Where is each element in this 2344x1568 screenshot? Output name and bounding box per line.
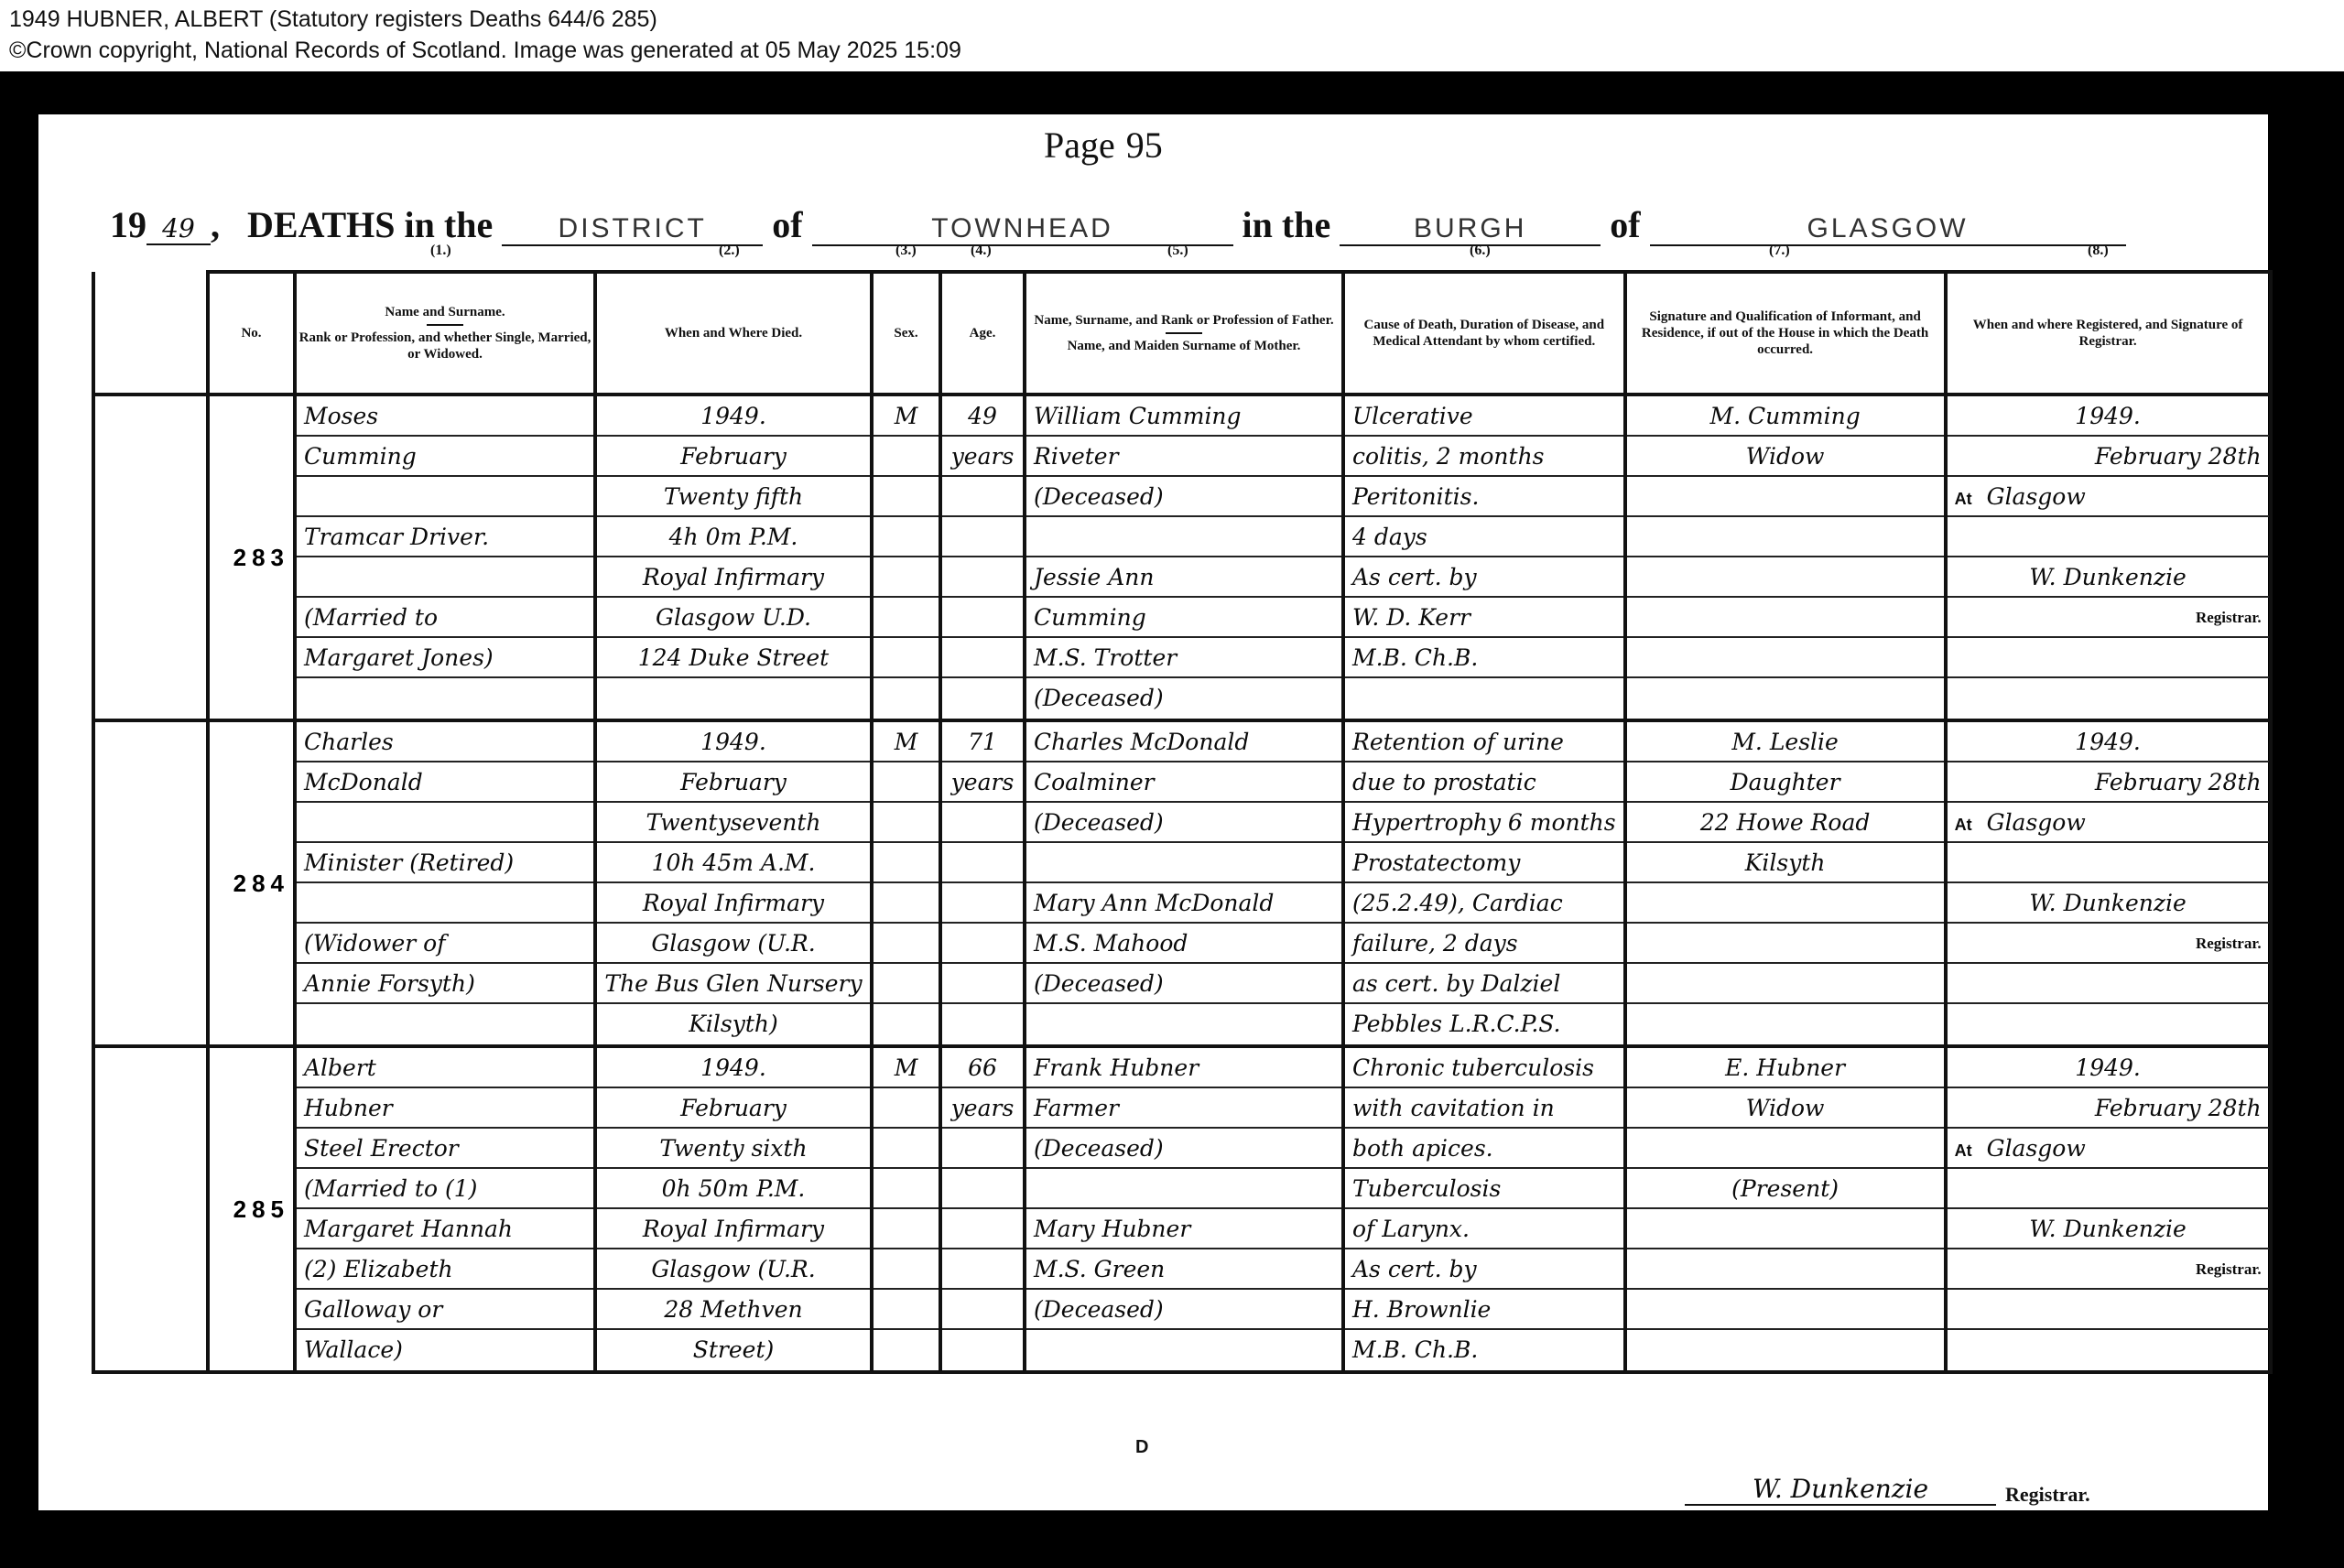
parents-line: Cumming: [1026, 598, 1341, 638]
informant-line: [1627, 678, 1944, 719]
deceased-name-line: [297, 883, 593, 924]
when-where-died-line: The Bus Glen Nursery: [597, 964, 870, 1004]
page-number-value: 95: [1126, 124, 1163, 166]
header-registered: When and where Registered, and Signature…: [1946, 272, 2271, 395]
when-where-died-line: 10h 45m A.M.: [597, 843, 870, 883]
parents-line: [1026, 1004, 1341, 1044]
margin-cell: [93, 395, 208, 720]
scan-border: [0, 114, 38, 1568]
parents-line: M.S. Trotter: [1026, 638, 1341, 678]
cause-of-death-line: due to prostatic: [1345, 762, 1623, 803]
deceased-name: AlbertHubnerSteel Erector(Married to (1)…: [295, 1046, 595, 1372]
registered-place: Glasgow: [1987, 483, 2086, 510]
at-label: At: [1955, 490, 1972, 508]
parents-line: M.S. Green: [1026, 1249, 1341, 1290]
parents: Frank HubnerFarmer(Deceased)Mary HubnerM…: [1025, 1046, 1343, 1372]
when-where-died-line: 4h 0m P.M.: [597, 517, 870, 557]
deceased-name-line: Margaret Jones): [297, 638, 593, 678]
year-suffix: 49: [146, 213, 211, 245]
header-no: No.: [208, 272, 295, 395]
entry-number: 284: [208, 720, 295, 1046]
when-where-died-line: Twenty sixth: [597, 1129, 870, 1169]
registered-date: February 28th: [1948, 437, 2269, 477]
parents-line: Frank Hubner: [1026, 1048, 1341, 1088]
cause-of-death-line: Ulcerative: [1345, 396, 1623, 437]
sex-value: M: [874, 396, 939, 437]
margin-cell: [93, 1046, 208, 1372]
age-cell: 66years: [940, 1046, 1025, 1372]
sex-value: M: [874, 1048, 939, 1088]
when-where-died-line: Glasgow (U.R.: [597, 924, 870, 964]
cause-of-death-line: Peritonitis.: [1345, 477, 1623, 517]
sex-value: M: [874, 722, 939, 762]
cause-of-death-line: both apices.: [1345, 1129, 1623, 1169]
column-numbers: (1.) (2.) (3.) (4.) (5.) (6.) (7.) (8.): [0, 243, 2344, 261]
deceased-name-line: [297, 557, 593, 598]
when-where-died: 1949.FebruaryTwenty sixth0h 50m P.M.Roya…: [595, 1046, 872, 1372]
when-where-died-line: Glasgow (U.R.: [597, 1249, 870, 1290]
column-number: (8.): [2088, 243, 2109, 259]
when-where-died-line: 124 Duke Street: [597, 638, 870, 678]
column-number: (7.): [1769, 243, 1790, 259]
registration-cell: 1949.February 28thAtGlasgowW. DunkenzieR…: [1946, 720, 2271, 1046]
age-unit: years: [942, 437, 1023, 477]
parents-line: (Deceased): [1026, 1290, 1341, 1330]
deceased-name-line: Steel Erector: [297, 1129, 593, 1169]
at-label: At: [1955, 816, 1972, 834]
footer-registrar-label: Registrar.: [2005, 1483, 2090, 1507]
register-entry: 284CharlesMcDonaldMinister (Retired)(Wid…: [93, 720, 2271, 1046]
burgh-name: GLASGOW: [1650, 213, 2126, 246]
registrar-signature: W. Dunkenzie: [1948, 557, 2269, 598]
header-name-bottom: Rank or Profession, and whether Single, …: [299, 330, 591, 362]
cause-of-death-line: of Larynx.: [1345, 1209, 1623, 1249]
parents: Charles McDonaldCoalminer(Deceased)Mary …: [1025, 720, 1343, 1046]
image-caption: 1949 HUBNER, ALBERT (Statutory registers…: [0, 0, 2344, 71]
parents-line: [1026, 843, 1341, 883]
header-row: No. Name and Surname.Rank or Profession,…: [93, 272, 2271, 395]
cause-of-death: Retention of urinedue to prostaticHypert…: [1343, 720, 1625, 1046]
page-label: Page: [1044, 124, 1115, 166]
informant: E. HubnerWidow(Present): [1625, 1046, 1946, 1372]
informant-line: [1627, 883, 1944, 924]
deceased-name-line: Charles: [297, 722, 593, 762]
header-when-where: When and Where Died.: [595, 272, 872, 395]
when-where-died-line: February: [597, 762, 870, 803]
district-name: TOWNHEAD: [812, 213, 1233, 246]
cause-of-death-line: Retention of urine: [1345, 722, 1623, 762]
cause-of-death-line: M.B. Ch.B.: [1345, 638, 1623, 678]
cause-of-death-line: W. D. Kerr: [1345, 598, 1623, 638]
registered-year: 1949.: [1948, 1048, 2269, 1088]
cause-of-death-line: failure, 2 days: [1345, 924, 1623, 964]
parents-line: Mary Hubner: [1026, 1209, 1341, 1249]
page-number: Page95: [1044, 124, 1163, 167]
cause-of-death-line: colitis, 2 months: [1345, 437, 1623, 477]
registration-cell: 1949.February 28thAtGlasgowW. DunkenzieR…: [1946, 395, 2271, 720]
parents-line: Mary Ann McDonald: [1026, 883, 1341, 924]
parents-line: Charles McDonald: [1026, 722, 1341, 762]
parents-line: Coalminer: [1026, 762, 1341, 803]
in-the-label: in the: [1243, 204, 1331, 245]
register-heading: 1949, DEATHS in the DISTRICT of TOWNHEAD…: [110, 203, 2126, 246]
informant-line: M. Cumming: [1627, 396, 1944, 437]
age-unit: years: [942, 762, 1023, 803]
column-number: (1.): [430, 243, 451, 259]
deceased-name-line: [297, 1004, 593, 1044]
when-where-died-line: Royal Infirmary: [597, 1209, 870, 1249]
deceased-name-line: Cumming: [297, 437, 593, 477]
cause-of-death: Chronic tuberculosiswith cavitation inbo…: [1343, 1046, 1625, 1372]
cause-of-death-line: As cert. by: [1345, 1249, 1623, 1290]
record-title: 1949 HUBNER, ALBERT (Statutory registers…: [9, 4, 2335, 35]
when-where-died-line: 1949.: [597, 396, 870, 437]
informant-line: [1627, 1004, 1944, 1044]
header-cause: Cause of Death, Duration of Disease, and…: [1343, 272, 1625, 395]
informant-line: (Present): [1627, 1169, 1944, 1209]
registered-date: February 28th: [1948, 762, 2269, 803]
registered-year: 1949.: [1948, 396, 2269, 437]
informant-line: M. Leslie: [1627, 722, 1944, 762]
informant-line: [1627, 638, 1944, 678]
parents-line: [1026, 517, 1341, 557]
district-type: DISTRICT: [502, 213, 763, 246]
when-where-died-line: [597, 678, 870, 719]
cause-of-death-line: Tuberculosis: [1345, 1169, 1623, 1209]
deceased-name-line: McDonald: [297, 762, 593, 803]
footer-registrar-signature: W. Dunkenzie: [1685, 1474, 1996, 1506]
when-where-died-line: Twentyseventh: [597, 803, 870, 843]
informant-line: [1627, 1330, 1944, 1370]
column-number: (5.): [1167, 243, 1188, 259]
header-parents-bottom: Name, and Maiden Surname of Mother.: [1068, 339, 1301, 353]
cause-of-death-line: Hypertrophy 6 months: [1345, 803, 1623, 843]
when-where-died-line: 1949.: [597, 1048, 870, 1088]
deceased-name: CharlesMcDonaldMinister (Retired)(Widowe…: [295, 720, 595, 1046]
parents-line: William Cumming: [1026, 396, 1341, 437]
informant-line: Kilsyth: [1627, 843, 1944, 883]
header-informant: Signature and Qualification of Informant…: [1625, 272, 1946, 395]
cause-of-death-line: [1345, 678, 1623, 719]
header-sex: Sex.: [872, 272, 940, 395]
informant-line: [1627, 964, 1944, 1004]
informant-line: Widow: [1627, 437, 1944, 477]
informant-line: [1627, 924, 1944, 964]
registrar-signature: W. Dunkenzie: [1948, 1209, 2269, 1249]
column-number: (3.): [895, 243, 917, 259]
when-where-died-line: 28 Methven: [597, 1290, 870, 1330]
deceased-name-line: (2) Elizabeth: [297, 1249, 593, 1290]
margin-cell: [93, 720, 208, 1046]
when-where-died-line: February: [597, 437, 870, 477]
registrar-signature: W. Dunkenzie: [1948, 883, 2269, 924]
at-label: At: [1955, 1141, 1972, 1160]
age-cell: 71years: [940, 720, 1025, 1046]
deceased-name-line: (Widower of: [297, 924, 593, 964]
parents-line: [1026, 1169, 1341, 1209]
age-value: 66: [942, 1048, 1023, 1088]
burgh-type: BURGH: [1340, 213, 1601, 246]
deceased-name-line: (Married to (1): [297, 1169, 593, 1209]
when-where-died-line: Glasgow U.D.: [597, 598, 870, 638]
cause-of-death-line: as cert. by Dalziel: [1345, 964, 1623, 1004]
entry-number: 285: [208, 1046, 295, 1372]
registrar-label: Registrar.: [1948, 598, 2269, 638]
column-number: (2.): [719, 243, 740, 259]
parents-line: (Deceased): [1026, 803, 1341, 843]
parents-line: Riveter: [1026, 437, 1341, 477]
parents-line: M.S. Mahood: [1026, 924, 1341, 964]
registered-place: Glasgow: [1987, 809, 2086, 836]
sex-cell: M: [872, 395, 940, 720]
informant-line: Daughter: [1627, 762, 1944, 803]
informant: M. CummingWidow: [1625, 395, 1946, 720]
registered-year: 1949.: [1948, 722, 2269, 762]
deceased-name-line: Minister (Retired): [297, 843, 593, 883]
register-entry: 285AlbertHubnerSteel Erector(Married to …: [93, 1046, 2271, 1372]
registered-date: February 28th: [1948, 1088, 2269, 1129]
column-number: (6.): [1470, 243, 1491, 259]
deceased-name-line: [297, 803, 593, 843]
parents: William CummingRiveter(Deceased)Jessie A…: [1025, 395, 1343, 720]
informant: M. LeslieDaughter22 Howe RoadKilsyth: [1625, 720, 1946, 1046]
deceased-name-line: Tramcar Driver.: [297, 517, 593, 557]
deceased-name-line: (Married to: [297, 598, 593, 638]
age-value: 49: [942, 396, 1023, 437]
deceased-name: MosesCummingTramcar Driver.(Married toMa…: [295, 395, 595, 720]
when-where-died-line: Street): [597, 1330, 870, 1370]
header-parents-top: Name, Surname, and Rank or Profession of…: [1034, 313, 1333, 328]
registration-cell: 1949.February 28thAtGlasgowW. DunkenzieR…: [1946, 1046, 2271, 1372]
cause-of-death: Ulcerativecolitis, 2 monthsPeritonitis.4…: [1343, 395, 1625, 720]
parents-line: (Deceased): [1026, 477, 1341, 517]
informant-line: [1627, 1129, 1944, 1169]
when-where-died-line: 1949.: [597, 722, 870, 762]
deceased-name-line: [297, 477, 593, 517]
informant-line: [1627, 1209, 1944, 1249]
when-where-died-line: Royal Infirmary: [597, 883, 870, 924]
deceased-name-line: [297, 678, 593, 719]
parents-line: Farmer: [1026, 1088, 1341, 1129]
column-number: (4.): [971, 243, 992, 259]
cause-of-death-line: Prostatectomy: [1345, 843, 1623, 883]
header-parents: Name, Surname, and Rank or Profession of…: [1025, 272, 1343, 395]
cause-of-death-line: Pebbles L.R.C.P.S.: [1345, 1004, 1623, 1044]
copyright-line: ©Crown copyright, National Records of Sc…: [9, 35, 2335, 66]
parents-line: (Deceased): [1026, 678, 1341, 719]
deceased-name-line: Galloway or: [297, 1290, 593, 1330]
deceased-name-line: Annie Forsyth): [297, 964, 593, 1004]
when-where-died-line: Kilsyth): [597, 1004, 870, 1044]
deceased-name-line: Moses: [297, 396, 593, 437]
header-name-top: Name and Surname.: [385, 305, 505, 319]
of-label: of: [772, 204, 802, 245]
when-where-died: 1949.FebruaryTwenty fifth4h 0m P.M.Royal…: [595, 395, 872, 720]
register-entry: 283MosesCummingTramcar Driver.(Married t…: [93, 395, 2271, 720]
informant-line: 22 Howe Road: [1627, 803, 1944, 843]
parents-line: Jessie Ann: [1026, 557, 1341, 598]
margin-header: [93, 272, 208, 395]
deceased-name-line: Wallace): [297, 1330, 593, 1370]
informant-line: [1627, 557, 1944, 598]
age-unit: years: [942, 1088, 1023, 1129]
header-age: Age.: [940, 272, 1025, 395]
death-register-table: No. Name and Surname.Rank or Profession,…: [92, 270, 2273, 1374]
informant-line: [1627, 1249, 1944, 1290]
header-name: Name and Surname.Rank or Profession, and…: [295, 272, 595, 395]
age-value: 71: [942, 722, 1023, 762]
sex-cell: M: [872, 720, 940, 1046]
registrar-label: Registrar.: [1948, 1249, 2269, 1290]
deceased-name-line: Margaret Hannah: [297, 1209, 593, 1249]
deaths-in-the-label: DEATHS in the: [247, 204, 493, 245]
informant-line: [1627, 1290, 1944, 1330]
parents-line: [1026, 1330, 1341, 1370]
when-where-died-line: Royal Infirmary: [597, 557, 870, 598]
parents-line: (Deceased): [1026, 1129, 1341, 1169]
registrar-label: Registrar.: [1948, 924, 2269, 964]
when-where-died: 1949.FebruaryTwentyseventh10h 45m A.M.Ro…: [595, 720, 872, 1046]
informant-line: [1627, 477, 1944, 517]
when-where-died-line: February: [597, 1088, 870, 1129]
cause-of-death-line: 4 days: [1345, 517, 1623, 557]
parents-line: (Deceased): [1026, 964, 1341, 1004]
cause-of-death-line: with cavitation in: [1345, 1088, 1623, 1129]
informant-line: E. Hubner: [1627, 1048, 1944, 1088]
informant-line: Widow: [1627, 1088, 1944, 1129]
informant-line: [1627, 517, 1944, 557]
cause-of-death-line: Chronic tuberculosis: [1345, 1048, 1623, 1088]
deceased-name-line: Albert: [297, 1048, 593, 1088]
cause-of-death-line: As cert. by: [1345, 557, 1623, 598]
footer-mark: D: [1135, 1437, 1148, 1458]
cause-of-death-line: H. Brownlie: [1345, 1290, 1623, 1330]
registered-place: Glasgow: [1987, 1135, 2086, 1162]
informant-line: [1627, 598, 1944, 638]
of-label-2: of: [1610, 204, 1640, 245]
deceased-name-line: Hubner: [297, 1088, 593, 1129]
entry-number: 283: [208, 395, 295, 720]
when-where-died-line: 0h 50m P.M.: [597, 1169, 870, 1209]
year-prefix: 19: [110, 204, 146, 245]
cause-of-death-line: M.B. Ch.B.: [1345, 1330, 1623, 1370]
sex-cell: M: [872, 1046, 940, 1372]
cause-of-death-line: (25.2.49), Cardiac: [1345, 883, 1623, 924]
age-cell: 49years: [940, 395, 1025, 720]
when-where-died-line: Twenty fifth: [597, 477, 870, 517]
